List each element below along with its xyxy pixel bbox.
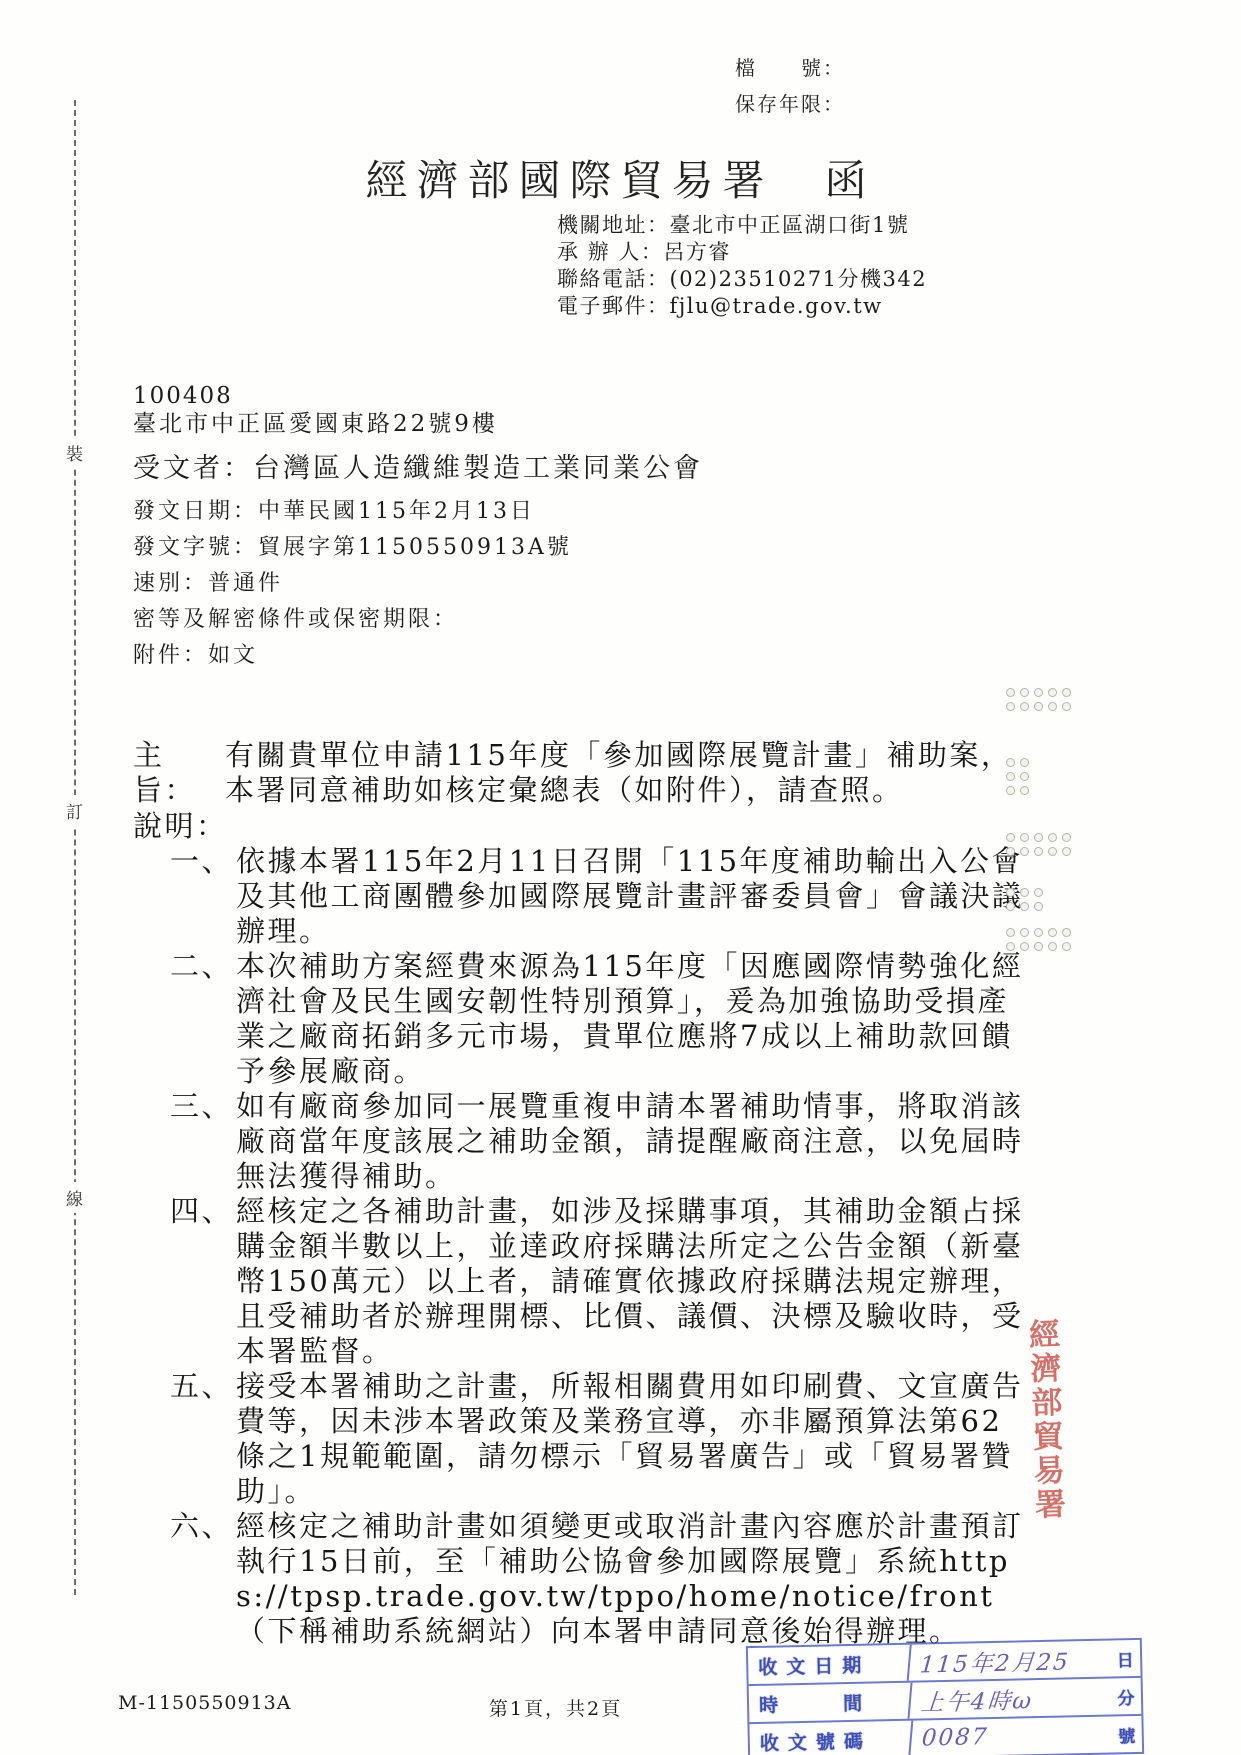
item-number: 四、 xyxy=(170,1194,236,1369)
issue-date: 發文日期：中華民國115年2月13日 xyxy=(133,500,703,523)
punch-dots xyxy=(1006,888,1043,911)
punch-dots xyxy=(1006,688,1071,711)
punch-dots xyxy=(1006,833,1071,856)
recipient-block: 100408 臺北市中正區愛國東路22號9樓 受文者：台灣區人造纖維製造工業同業… xyxy=(133,383,703,667)
receipt-date-value: 115年2月25 xyxy=(907,1640,1112,1680)
attachment-note: 附件：如文 xyxy=(133,644,703,667)
receipt-time-unit: 分 xyxy=(1111,1683,1142,1709)
binding-char-ding: 訂 xyxy=(66,795,83,826)
item-text: 依據本署115年2月11日召開「115年度補助輸出入公會及其他工商團體參加國際展… xyxy=(236,844,1028,949)
item-text: 本次補助方案經費來源為115年度「因應國際情勢強化經濟社會及民生國安韌性特別預算… xyxy=(236,949,1028,1089)
punch-dots xyxy=(1006,928,1071,951)
agency-red-stamp: 經濟部貿易署 xyxy=(1022,1317,1065,1522)
item-text: 接受本署補助之計畫，所報相關費用如印刷費、文宣廣告費等，因未涉本署政策及業務宣導… xyxy=(236,1369,1028,1509)
receipt-date-unit: 日 xyxy=(1110,1645,1141,1671)
punch-dots xyxy=(1006,758,1029,795)
receipt-number-unit: 號 xyxy=(1111,1721,1142,1747)
binding-char-xian: 線 xyxy=(66,1182,83,1213)
explanation-item-1: 一、 依據本署115年2月11日召開「115年度補助輸出入公會及其他工商團體參加… xyxy=(133,844,1028,949)
scanned-official-letter: { "header": { "file_no": "檔 號：", "retent… xyxy=(0,0,1241,1755)
receipt-number-value: 0087 xyxy=(908,1716,1113,1755)
explanation-item-3: 三、 如有廠商參加同一展覽重複申請本署補助情事，將取消該廠商當年度該展之補助金額… xyxy=(133,1089,1028,1194)
recipient-addressee: 受文者：台灣區人造纖維製造工業同業公會 xyxy=(133,451,703,487)
item-number: 三、 xyxy=(170,1089,236,1194)
item-text: 經核定之補助計畫如須變更或取消計畫內容應於計畫預訂執行15日前，至「補助公協會參… xyxy=(236,1509,1028,1649)
sender-phone: 聯絡電話：(02)23510271分機342 xyxy=(557,266,927,293)
item-number: 一、 xyxy=(170,844,236,949)
item-number: 六、 xyxy=(170,1509,236,1649)
explanation-label: 說明： xyxy=(133,809,1028,844)
binding-dashed-line xyxy=(74,100,76,1595)
doc-number: 發文字號：貿展字第1150550913A號 xyxy=(133,536,703,559)
subject-text: 有關貴單位申請115年度「參加國際展覽計畫」補助案，本署同意補助如核定彙總表（如… xyxy=(225,738,1028,808)
explanation-item-4: 四、 經核定之各補助計畫，如涉及採購事項，其補助金額占採購金額半數以上，並達政府… xyxy=(133,1194,1028,1369)
item-number: 二、 xyxy=(170,949,236,1089)
sender-email: 電子郵件：fjlu@trade.gov.tw xyxy=(557,293,927,320)
security-class: 密等及解密條件或保密期限： xyxy=(133,608,703,631)
subject-line: 主旨： 有關貴單位申請115年度「參加國際展覽計畫」補助案，本署同意補助如核定彙… xyxy=(133,738,1028,808)
explanation-item-2: 二、 本次補助方案經費來源為115年度「因應國際情勢強化經濟社會及民生國安韌性特… xyxy=(133,949,1028,1089)
speed-class: 速別：普通件 xyxy=(133,572,703,595)
letter-body: 主旨： 有關貴單位申請115年度「參加國際展覽計畫」補助案，本署同意補助如核定彙… xyxy=(133,738,1028,1649)
explanation-item-6: 六、 經核定之補助計畫如須變更或取消計畫內容應於計畫預訂執行15日前，至「補助公… xyxy=(133,1509,1028,1649)
recipient-postal-code: 100408 xyxy=(133,383,703,410)
retention-period-label: 保存年限： xyxy=(735,86,845,122)
file-number-label: 檔 號： xyxy=(735,50,845,86)
item-text: 經核定之各補助計畫，如涉及採購事項，其補助金額占採購金額半數以上，並達政府採購法… xyxy=(236,1194,1028,1369)
sender-contact-person: 承 辦 人：呂方睿 xyxy=(557,239,927,266)
sender-address: 機關地址：臺北市中正區湖口街1號 xyxy=(557,212,927,239)
file-number-block: 檔 號： 保存年限： xyxy=(735,50,845,122)
page-number: 第1頁，共2頁 xyxy=(0,1694,1111,1721)
explanation-item-5: 五、 接受本署補助之計畫，所報相關費用如印刷費、文宣廣告費等，因未涉本署政策及業… xyxy=(133,1369,1028,1509)
document-title: 經濟部國際貿易署 函 xyxy=(0,148,1241,208)
subject-label: 主旨： xyxy=(133,738,225,808)
receipt-number-label: 收文號碼 xyxy=(750,1725,911,1755)
recipient-address: 臺北市中正區愛國東路22號9樓 xyxy=(133,410,703,439)
item-number: 五、 xyxy=(170,1369,236,1509)
receipt-date-label: 收文日期 xyxy=(748,1649,909,1679)
item-text: 如有廠商參加同一展覽重複申請本署補助情事，將取消該廠商當年度該展之補助金額，請提… xyxy=(236,1089,1028,1194)
sender-info-block: 機關地址：臺北市中正區湖口街1號 承 辦 人：呂方睿 聯絡電話：(02)2351… xyxy=(557,212,927,320)
binding-char-zhuang: 裝 xyxy=(66,437,83,468)
